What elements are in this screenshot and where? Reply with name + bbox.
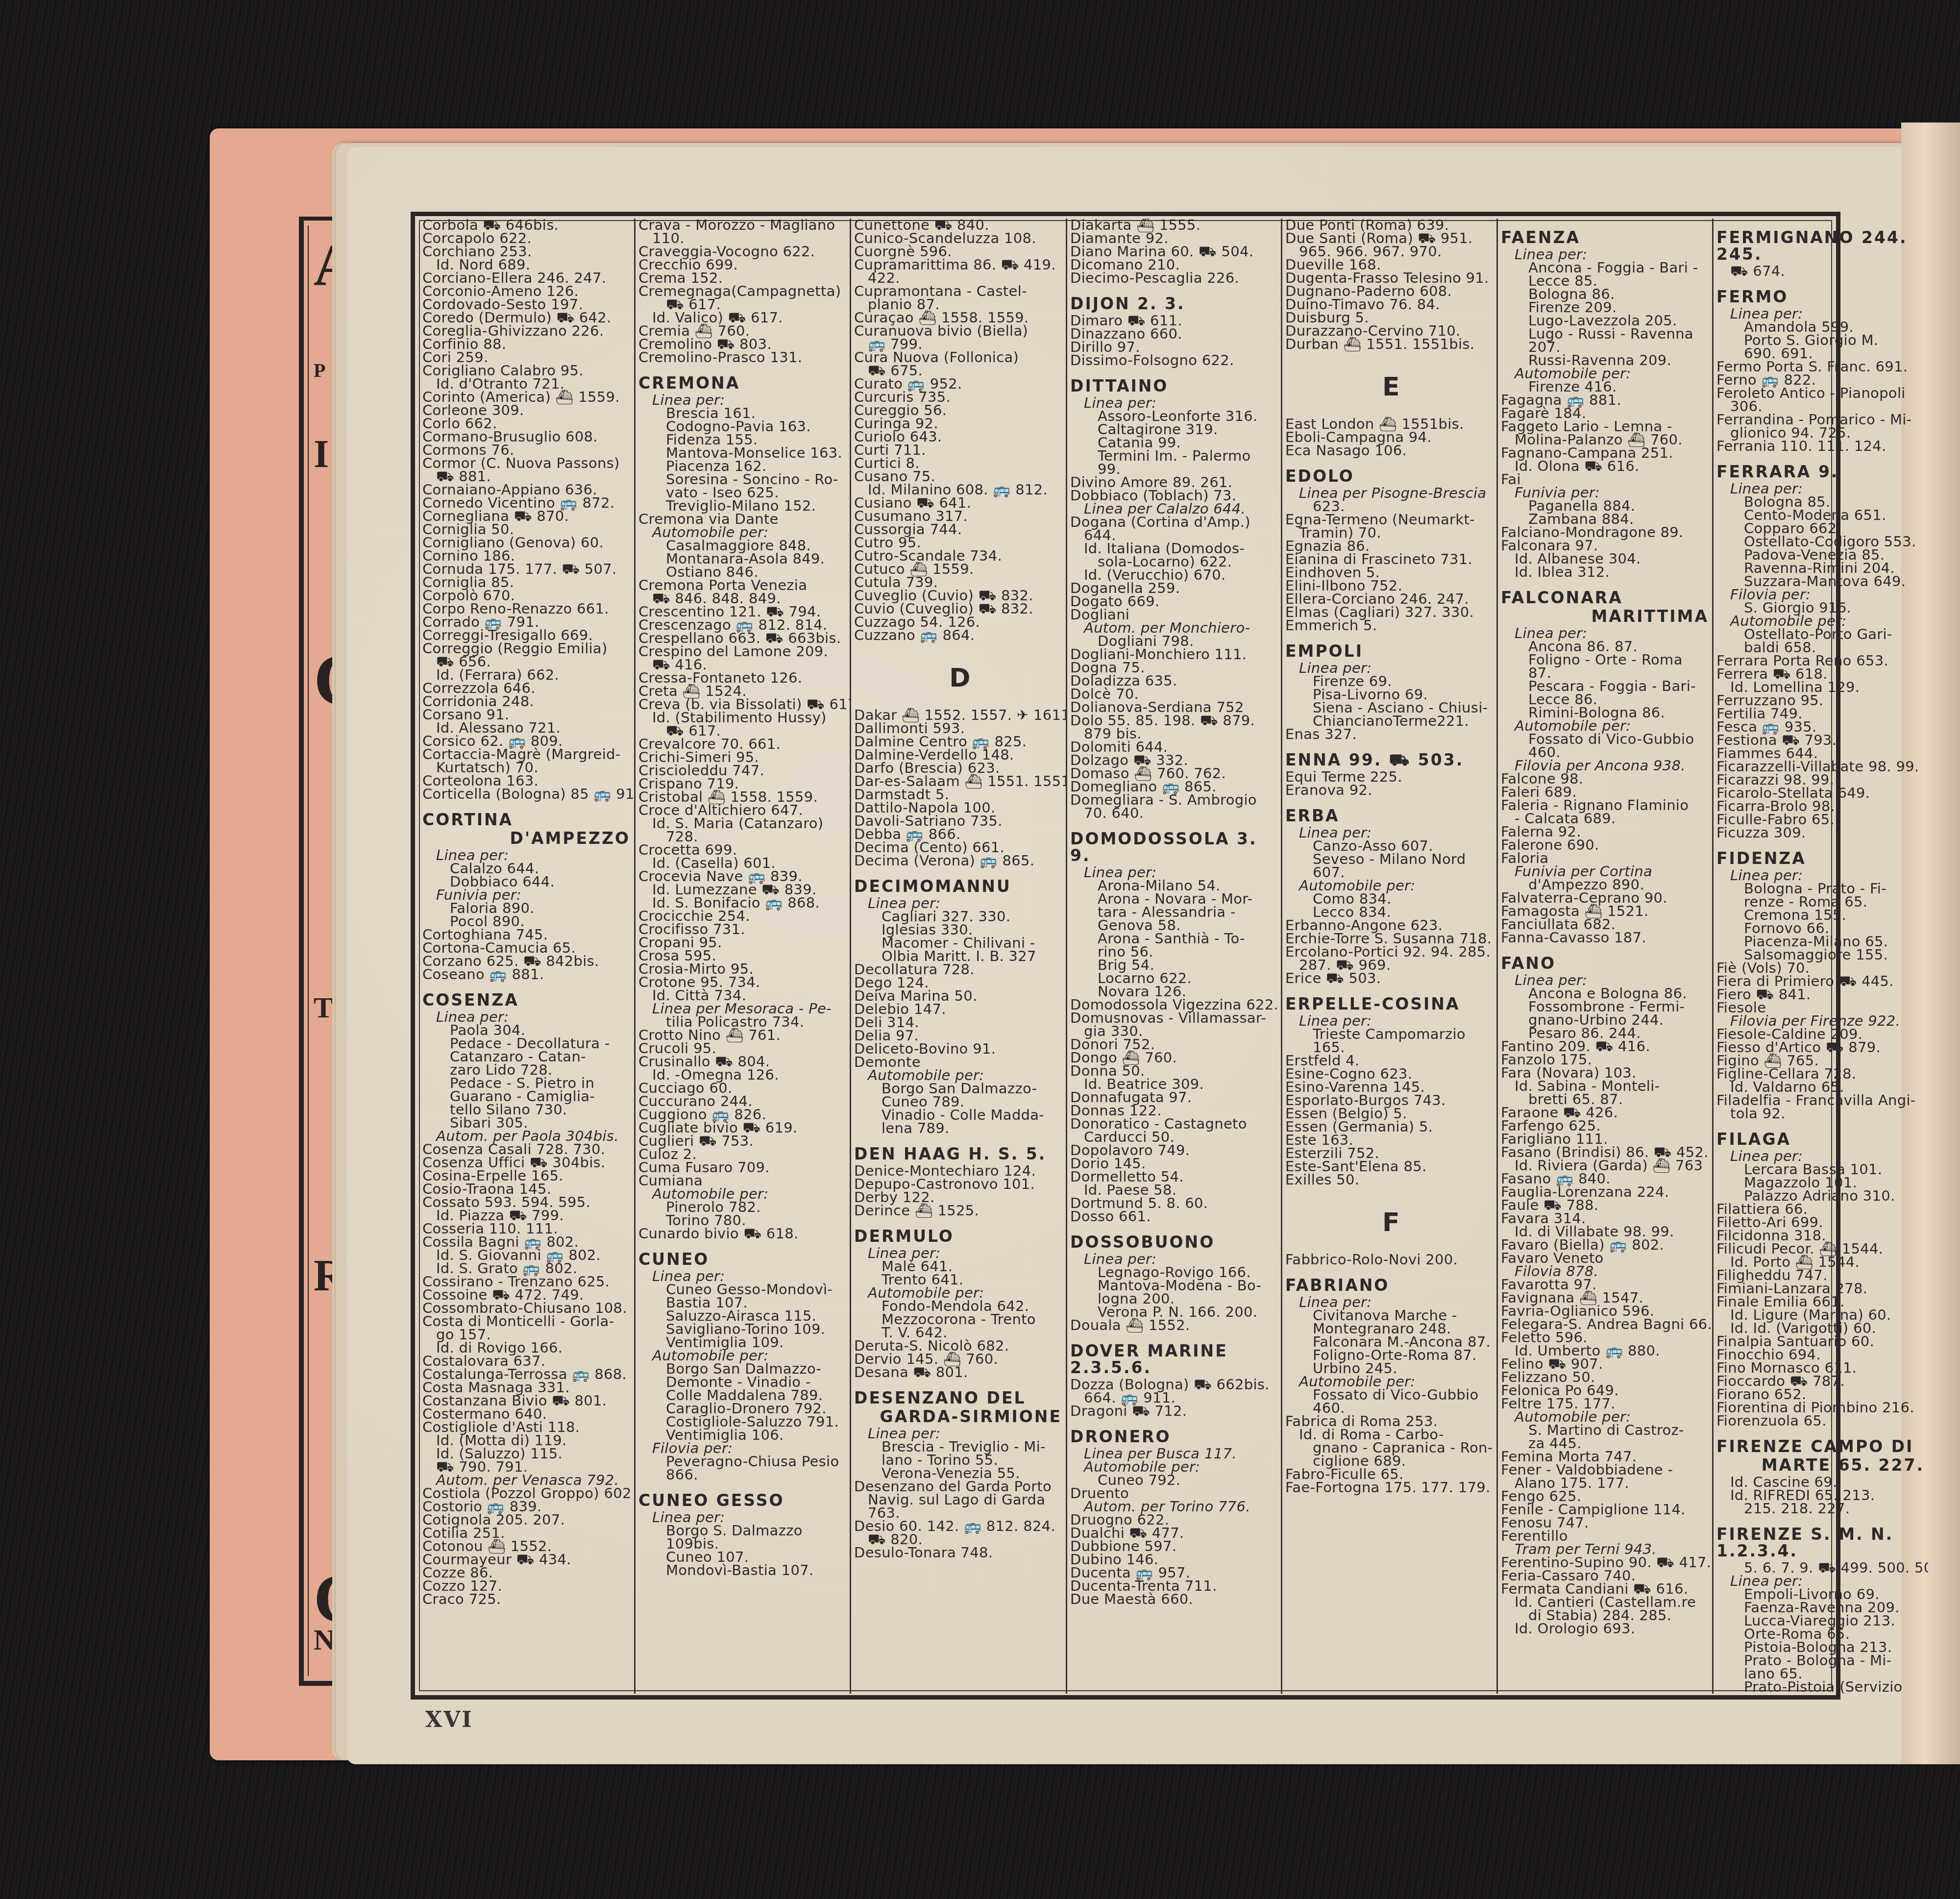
index-entry: Dosso 661. — [1070, 1210, 1282, 1223]
station-heading: DOSSOBUONO — [1070, 1234, 1282, 1251]
station-heading: FAENZA — [1501, 229, 1713, 246]
index-column-4: Diakarta ⛴ 1555.Diamante 92.Diano Marina… — [1070, 219, 1282, 1694]
station-heading: FERRARA 9. — [1716, 464, 1928, 480]
index-entry: Coseano 🚌 881. — [422, 968, 634, 981]
station-heading: EDOLO — [1285, 468, 1497, 485]
column-divider — [1066, 219, 1067, 1694]
sub-entry: Id. Olona ⛟ 616. — [1501, 460, 1713, 473]
index-column-7: FERMIGNANO 244. 245.⛟ 674.FERMOLinea per… — [1716, 219, 1928, 1694]
sub-entry: lena 789. — [854, 1122, 1066, 1135]
alphabet-letter-heading: F — [1285, 1209, 1497, 1236]
index-entry: Corticella (Bologna) 85 🚌 913 — [422, 788, 634, 801]
station-heading-continued: D'AMPEZZO — [422, 830, 634, 847]
index-column-2: Crava - Morozzo - Magliano110.Craveggia-… — [638, 219, 850, 1694]
index-entry: Durban ⛴ 1551. 1551bis. — [1285, 338, 1497, 351]
station-heading: DITTAINO — [1070, 378, 1282, 395]
station-heading-continued: MARTE 65. 227. — [1716, 1457, 1928, 1474]
station-heading: COSENZA — [422, 992, 634, 1009]
index-entry: Due Maestà 660. — [1070, 1593, 1282, 1606]
station-heading: FIDENZA — [1716, 850, 1928, 867]
index-entry: Eranova 92. — [1285, 784, 1497, 797]
cover-letter: I — [314, 432, 329, 477]
index-column-3: Cunettone ⛟ 840.Cunico-Scandeluzza 108.C… — [854, 219, 1066, 1694]
index-entry: Diecimo-Pescaglia 226. — [1070, 271, 1282, 285]
station-heading: FERMIGNANO 244. 245. — [1716, 229, 1928, 263]
station-heading: DOMODOSSOLA 3. 9. — [1070, 831, 1282, 864]
index-entry: Cremolino-Prasco 131. — [638, 351, 850, 364]
cover-letter: N — [314, 1623, 335, 1657]
cover-letter: P — [314, 359, 325, 382]
index-entry: Cunardo bivio ⛟ 618. — [638, 1227, 850, 1240]
station-heading: ERPELLE-COSINA — [1285, 996, 1497, 1012]
page-number: XVI — [425, 1707, 473, 1732]
index-entry: Emmerich 5. — [1285, 619, 1497, 632]
index-entry: Enas 327. — [1285, 728, 1497, 741]
index-entry: Derince ⛴ 1525. — [854, 1204, 1066, 1217]
station-heading: FILAGA — [1716, 1131, 1928, 1148]
station-heading: ERBA — [1285, 808, 1497, 824]
index-column-1: Corbola ⛟ 646bis.Corcapolo 622.Corchiano… — [422, 219, 634, 1694]
index-entry: Fanna-Cavasso 187. — [1501, 931, 1713, 944]
alphabet-letter-heading: D — [854, 665, 1066, 692]
station-heading: DRONERO — [1070, 1429, 1282, 1445]
station-heading: DOVER MARINE 2.3.5.6. — [1070, 1343, 1282, 1376]
station-heading: FANO — [1501, 955, 1713, 972]
station-heading: DERMULO — [854, 1228, 1066, 1245]
index-entry: Erice ⛟ 503. — [1285, 972, 1497, 985]
station-heading-continued: MARITTIMA — [1501, 608, 1713, 625]
column-divider — [634, 219, 636, 1694]
station-heading: FABRIANO — [1285, 1277, 1497, 1294]
station-heading: DECIMOMANNU — [854, 878, 1066, 895]
sub-entry: Mondovì-Bastia 107. — [638, 1564, 850, 1577]
station-heading: ENNA 99. ⛟ 503. — [1285, 752, 1497, 768]
index-entry: Dragoni ⛟ 712. — [1070, 1405, 1282, 1418]
index-entry: Eca Nasago 106. — [1285, 444, 1497, 457]
index-column-5: Due Ponti (Roma) 639.Due Santi (Roma) ⛟ … — [1285, 219, 1497, 1694]
station-heading: EMPOLI — [1285, 643, 1497, 660]
index-entry: Fae-Fortogna 175. 177. 179. — [1285, 1481, 1497, 1494]
station-heading: FIRENZE CAMPO DI — [1716, 1438, 1928, 1455]
station-heading: DIJON 2. 3. — [1070, 296, 1282, 312]
station-heading: CUNEO — [638, 1251, 850, 1268]
index-entry: Cuzzano 🚌 864. — [854, 629, 1066, 642]
station-heading: CREMONA — [638, 375, 850, 392]
index-column-6: FAENZALinea per:Ancona - Foggia - Bari -… — [1501, 219, 1713, 1694]
sub-entry: 215. 218. 227. — [1716, 1502, 1928, 1515]
sub-entry: ⛟ 674. — [1716, 265, 1928, 278]
index-entry: Decima (Verona) 🚌 865. — [854, 854, 1066, 867]
sub-entry: Id. Iblea 312. — [1501, 566, 1713, 579]
station-heading: CUNEO GESSO — [638, 1492, 850, 1509]
index-entry: Desana ⛟ 801. — [854, 1366, 1066, 1379]
station-heading: DESENZANO DEL — [854, 1390, 1066, 1406]
station-heading: FALCONARA — [1501, 590, 1713, 606]
sub-entry: 866. — [638, 1468, 850, 1481]
index-entry: Fiorenzuola 65. — [1716, 1414, 1928, 1428]
index-entry: Douala ⛴ 1552. — [1070, 1319, 1282, 1332]
alphabet-letter-heading: E — [1285, 373, 1497, 401]
index-entry: Desulo-Tonara 748. — [854, 1546, 1066, 1559]
sub-entry: Id. Orologio 693. — [1501, 1622, 1713, 1635]
index-entry: Exilles 50. — [1285, 1173, 1497, 1186]
index-entry: Dissimo-Folsogno 622. — [1070, 354, 1282, 367]
station-heading: DEN HAAG H. S. 5. — [854, 1146, 1066, 1162]
station-heading: FERMO — [1716, 289, 1928, 305]
station-heading-continued: GARDA-SIRMIONE — [854, 1408, 1066, 1425]
index-entry: Ficuzza 309. — [1716, 826, 1928, 839]
index-entry: Craco 725. — [422, 1593, 634, 1606]
index-entry: Fabbrico-Rolo-Novi 200. — [1285, 1253, 1497, 1266]
sub-entry: tola 92. — [1716, 1107, 1928, 1120]
index-entry: Ferrania 110. 111. 124. — [1716, 440, 1928, 453]
station-heading: CORTINA — [422, 812, 634, 828]
cover-letter: T — [314, 991, 333, 1025]
station-heading: FIRENZE S. M. N. 1.2.3.4. — [1716, 1526, 1928, 1559]
sub-entry: 70. 640. — [1070, 807, 1282, 820]
